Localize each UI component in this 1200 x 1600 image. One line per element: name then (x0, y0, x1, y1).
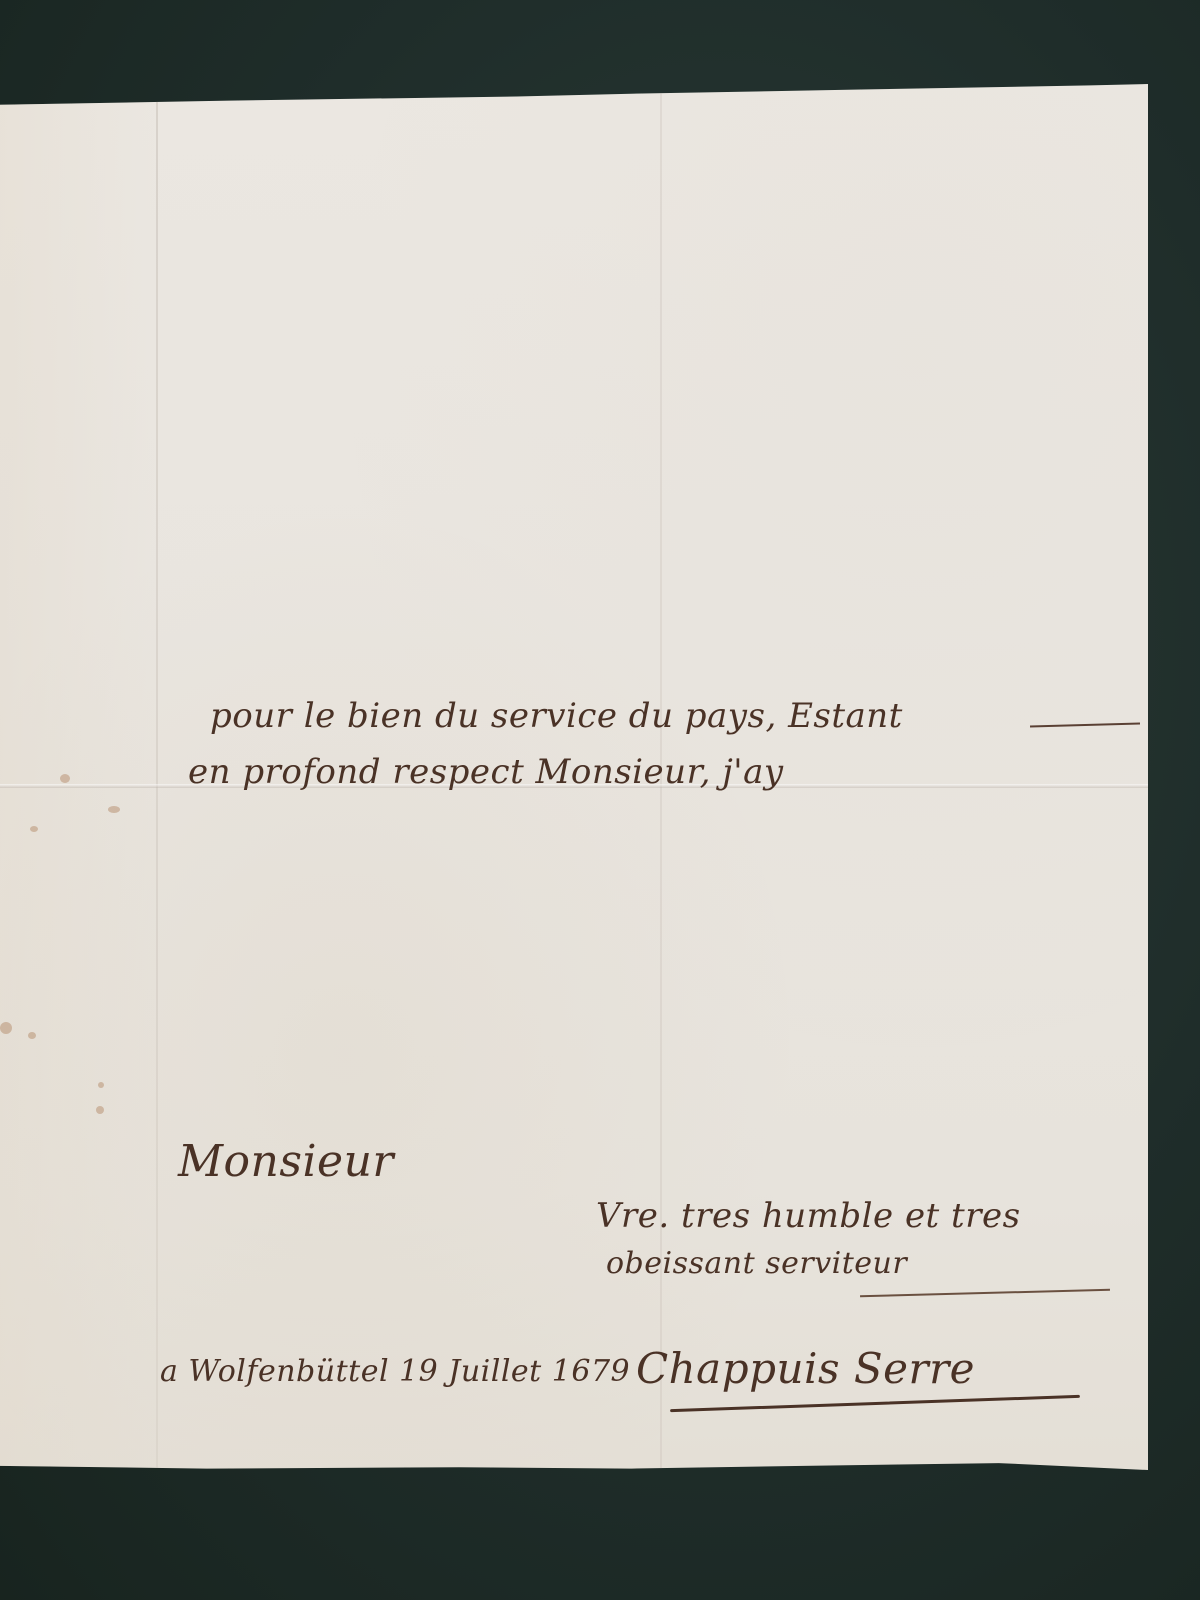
place-and-date: a Wolfenbüttel 19 Juillet 1679 (160, 1354, 630, 1389)
closing-line-1: Vre. tres humble et tres (596, 1196, 1021, 1236)
foxing-stain (108, 806, 120, 813)
letter-body-line-1: pour le bien du service du pays, Estant (210, 696, 903, 736)
foxing-stain (30, 826, 38, 832)
closing-flourish (860, 1289, 1110, 1297)
vertical-fold-crease (156, 84, 158, 1470)
foxing-stain (98, 1082, 104, 1088)
foxing-stain (28, 1032, 36, 1039)
foxing-stain (96, 1106, 104, 1114)
letter-body-line-2: en profond respect Monsieur, j'ay (188, 752, 784, 792)
foxing-stain (60, 774, 70, 783)
signature: Chappuis Serre (636, 1344, 975, 1393)
salutation: Monsieur (178, 1136, 394, 1187)
signature-underline (670, 1395, 1080, 1412)
folded-margin-strip (0, 84, 156, 1470)
foxing-stain (0, 1022, 12, 1034)
line-flourish (1030, 723, 1140, 727)
letter-paper: pour le bien du service du pays, Estant … (0, 84, 1148, 1470)
closing-line-2: obeissant serviteur (606, 1246, 907, 1281)
